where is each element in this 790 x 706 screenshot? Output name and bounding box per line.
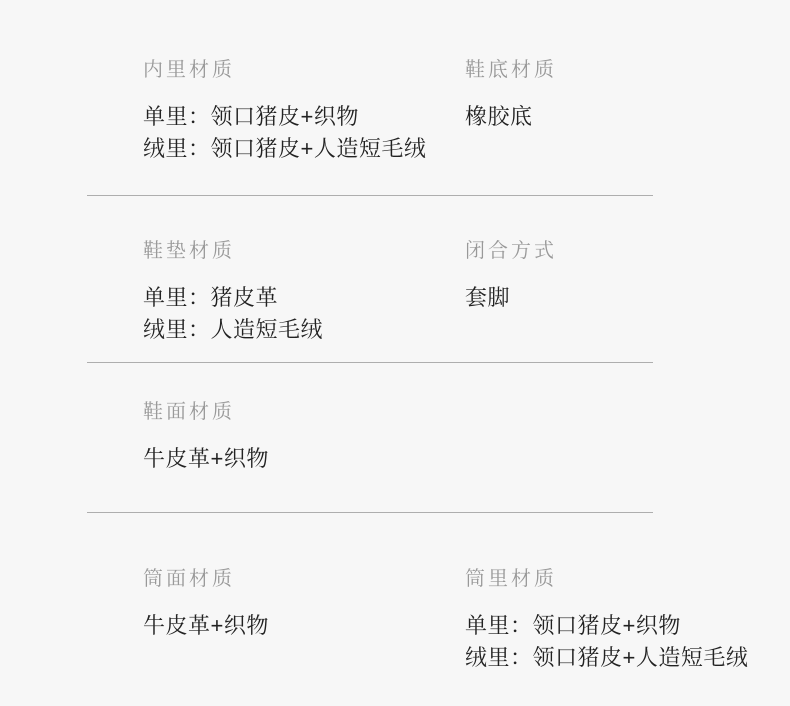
spec-col-shaft-surface: 筒面材质 牛皮革+织物	[143, 566, 465, 642]
spec-col-inner-lining: 内里材质 单里：领口猪皮+织物 绒里：领口猪皮+人造短毛绒	[143, 57, 465, 165]
spec-value: 绒里：领口猪皮+人造短毛绒	[465, 642, 790, 674]
section-divider	[87, 512, 653, 513]
spec-row-upper: 鞋面材质 牛皮革+织物	[0, 399, 790, 475]
spec-col-shaft-lining: 筒里材质 单里：领口猪皮+织物 绒里：领口猪皮+人造短毛绒	[465, 566, 790, 674]
spec-value: 牛皮革+织物	[143, 443, 465, 475]
spec-title-inner-lining: 内里材质	[143, 57, 465, 83]
spec-col-sole: 鞋底材质 橡胶底	[465, 57, 790, 133]
spec-col-upper: 鞋面材质 牛皮革+织物	[143, 399, 465, 475]
spec-title-sole: 鞋底材质	[465, 57, 790, 83]
product-spec-sheet: 内里材质 单里：领口猪皮+织物 绒里：领口猪皮+人造短毛绒 鞋底材质 橡胶底 鞋…	[0, 0, 790, 674]
spec-title-shaft-lining: 筒里材质	[465, 566, 790, 592]
spec-value: 单里：猪皮革	[143, 282, 465, 314]
spec-value: 绒里：领口猪皮+人造短毛绒	[143, 133, 465, 165]
spec-col-insole: 鞋垫材质 单里：猪皮革 绒里：人造短毛绒	[143, 238, 465, 346]
spec-value: 橡胶底	[465, 101, 790, 133]
spec-row-insole-closure: 鞋垫材质 单里：猪皮革 绒里：人造短毛绒 闭合方式 套脚	[0, 238, 790, 346]
spec-value: 牛皮革+织物	[143, 610, 465, 642]
spec-value: 套脚	[465, 282, 790, 314]
spec-title-upper: 鞋面材质	[143, 399, 465, 425]
spec-value: 单里：领口猪皮+织物	[465, 610, 790, 642]
spec-col-closure: 闭合方式 套脚	[465, 238, 790, 314]
spec-value: 单里：领口猪皮+织物	[143, 101, 465, 133]
spec-title-insole: 鞋垫材质	[143, 238, 465, 264]
spec-row-lining-sole: 内里材质 单里：领口猪皮+织物 绒里：领口猪皮+人造短毛绒 鞋底材质 橡胶底	[0, 57, 790, 165]
spec-title-shaft-surface: 筒面材质	[143, 566, 465, 592]
spec-title-closure: 闭合方式	[465, 238, 790, 264]
spec-value: 绒里：人造短毛绒	[143, 314, 465, 346]
section-divider	[87, 362, 653, 363]
section-divider	[87, 195, 653, 196]
spec-row-shaft: 筒面材质 牛皮革+织物 筒里材质 单里：领口猪皮+织物 绒里：领口猪皮+人造短毛…	[0, 566, 790, 674]
